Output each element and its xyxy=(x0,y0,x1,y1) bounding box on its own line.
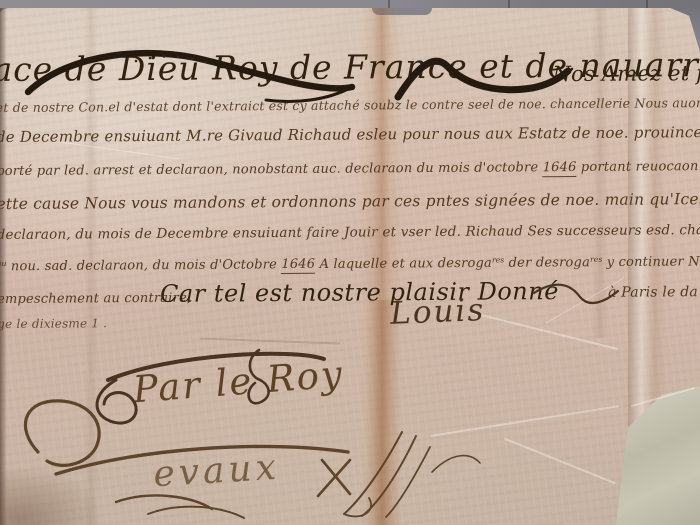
par-le-roy-spiral xyxy=(97,380,136,423)
par-le-roy-sweep xyxy=(108,354,324,380)
secretary-understroke-2 xyxy=(148,507,244,518)
secretary-baseline-stroke xyxy=(56,447,348,474)
figure-eight-flourish xyxy=(249,350,269,403)
paraph-tail xyxy=(432,456,480,472)
top-swash-flourish xyxy=(28,53,352,92)
mid-heading-swash xyxy=(398,61,568,97)
photograph-of-parchment-document: ace de Dieu Roy de France et de nauarre … xyxy=(0,0,700,525)
secretary-loop xyxy=(25,401,99,465)
paraph-stroke-2 xyxy=(362,436,416,516)
donne-flourish xyxy=(534,285,618,303)
flourish-layer xyxy=(0,0,700,525)
paraph-stroke-1 xyxy=(344,432,402,514)
paraph-stroke-3 xyxy=(386,447,430,517)
secretary-terminal-x xyxy=(318,460,350,496)
